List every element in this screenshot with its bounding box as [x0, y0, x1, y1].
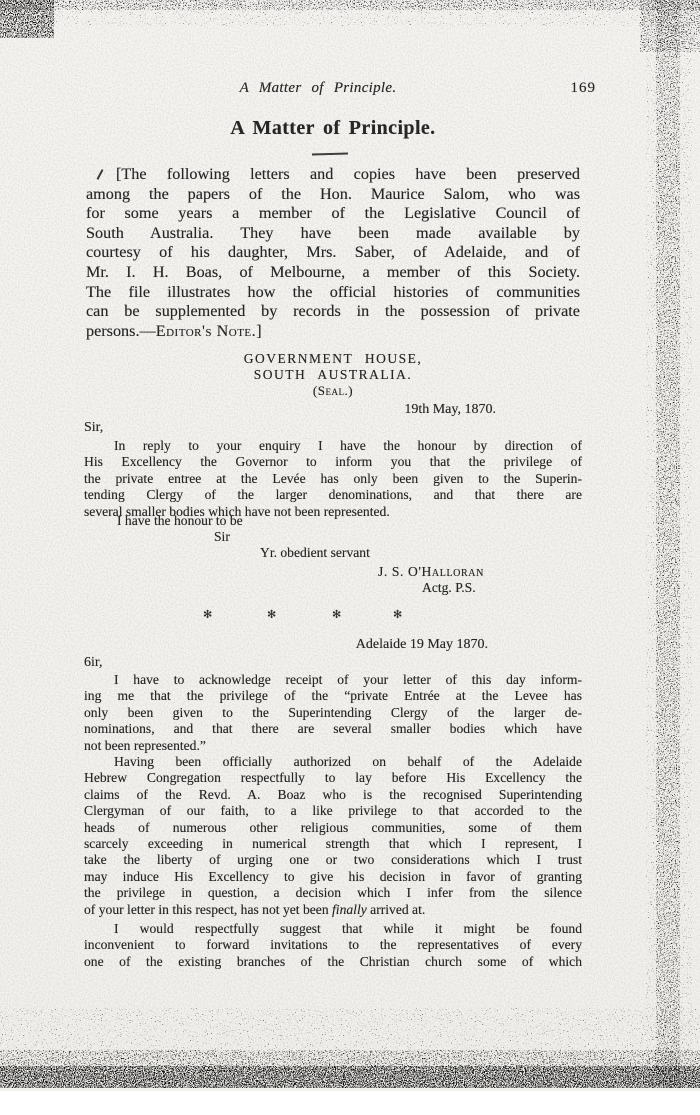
editor-note-text: ] [256, 322, 261, 340]
body-line: not been represented.” [84, 738, 582, 754]
body-line: heads of numerous other religious commun… [84, 820, 582, 836]
body-line: inconvenient to forward invitations to t… [84, 937, 582, 953]
body-line: of your letter in this respect, has not … [84, 902, 582, 918]
italic-word: finally [332, 902, 367, 917]
scan-noise-bottom-mid [0, 1050, 700, 1088]
body-line: I would respectfully suggest that while … [84, 921, 582, 937]
running-title: A Matter of Principle. [84, 80, 552, 97]
scan-noise-topright-corner [640, 0, 700, 52]
scan-noise-topleft-corner [0, 0, 54, 38]
running-header: A Matter of Principle. 169 [84, 80, 582, 100]
body-line: the privilege in question, a decision wh… [84, 885, 582, 901]
letter2-date: Adelaide 19 May 1870. [84, 637, 582, 653]
letterhead-line: SOUTH AUSTRALIA. [84, 367, 582, 383]
asterisk-icon: ✻ [332, 608, 341, 621]
body-line: only been given to the Superintending Cl… [84, 705, 582, 721]
editor-note-text: persons.— [86, 322, 156, 340]
body-line: take the liberty of urging one or two co… [84, 852, 582, 868]
letterhead-line: GOVERNMENT HOUSE, [84, 351, 582, 367]
body-line: In reply to your enquiry I have the hono… [84, 438, 582, 454]
body-line: His Excellency the Governor to inform yo… [84, 454, 582, 470]
body-line: Clergyman of our faith, to a like privil… [84, 803, 582, 819]
editor-note-smallcaps: Editor's Note. [156, 322, 257, 340]
body-line: Hebrew Congregation respectfully to lay … [84, 770, 582, 786]
title-rule [312, 153, 348, 156]
editor-note-line: The file illustrates how the official hi… [86, 283, 580, 303]
page-number: 169 [571, 80, 597, 97]
letter2-paragraph-1: I have to acknowledge receipt of your le… [84, 672, 582, 754]
body-line: ing me that the privilege of the “privat… [84, 688, 582, 704]
article-title: A Matter of Principle. [84, 117, 582, 140]
editor-note-line: among the papers of the Hon. Maurice Sal… [86, 185, 580, 205]
letter2-paragraph-3: I would respectfully suggest that while … [84, 921, 582, 970]
body-line: nominations, and that there are several … [84, 721, 582, 737]
closing-line: I have the honour to be [117, 513, 582, 529]
closing-line: Sir [214, 529, 582, 545]
asterisk-icon: ✻ [267, 608, 276, 621]
asterisk-icon: ✻ [393, 608, 402, 621]
scan-noise-top-edge [0, 0, 700, 10]
editor-note-line: for some years a member of the Legislati… [86, 204, 580, 224]
scan-noise-right-band [646, 0, 692, 1086]
letter1-salutation: Sir, [84, 420, 103, 436]
asterisk-icon: ✻ [203, 608, 212, 621]
body-text: of your letter in this respect, has not … [84, 902, 332, 917]
editor-note-line: South Australia. They have been made ava… [86, 224, 580, 244]
signature: J. S. O'Halloran [378, 564, 582, 580]
letter1-date: 19th May, 1870. [84, 402, 582, 418]
letter2-salutation: 6ir, [84, 655, 103, 671]
scan-noise-top-band [0, 0, 700, 26]
body-line: the private entree at the Levée has only… [84, 471, 582, 487]
scanned-document-page: A Matter of Principle. 169 A Matter of P… [0, 0, 700, 1115]
letter1-body: In reply to your enquiry I have the hono… [84, 438, 582, 520]
closing-line: Yr. obedient servant [260, 545, 582, 561]
editor-note-last-line: persons.—Editor's Note.] [86, 322, 580, 342]
signature-title: Actg. P.S. [422, 580, 582, 596]
body-line: Having been officially authorized on beh… [84, 754, 582, 770]
letter1-closing: I have the honour to be Sir Yr. obedient… [84, 513, 582, 596]
body-line: one of the existing branches of the Chri… [84, 954, 582, 970]
body-line: tending Clergy of the larger denominatio… [84, 487, 582, 503]
body-line: may induce His Excellency to give his de… [84, 869, 582, 885]
editor-note-line: [The following letters and copies have b… [86, 165, 580, 185]
scanner-bed-white-strip [0, 1091, 700, 1115]
seal-note: (Seal.) [84, 383, 582, 399]
body-line: scarcely exceeding in numerical strength… [84, 836, 582, 852]
body-line: claims of the Revd. A. Boaz who is the r… [84, 787, 582, 803]
letter2-paragraph-2: Having been officially authorized on beh… [84, 754, 582, 918]
body-line: I have to acknowledge receipt of your le… [84, 672, 582, 688]
letterhead: GOVERNMENT HOUSE, SOUTH AUSTRALIA. (Seal… [84, 351, 582, 399]
editor-note-line: courtesy of his daughter, Mrs. Saber, of… [86, 243, 580, 263]
scan-noise-right-band-inner [656, 0, 680, 1086]
scan-noise-bottom-band [0, 1008, 700, 1088]
body-text: arrived at. [367, 902, 426, 917]
editor-note: [The following letters and copies have b… [86, 165, 580, 341]
editor-note-line: can be supplemented by records in the po… [86, 302, 580, 322]
editor-note-line: Mr. I. H. Boas, of Melbourne, a member o… [86, 263, 580, 283]
scan-noise-bottom-edge [0, 1066, 700, 1088]
asterisk-separator: ✻ ✻ ✻ ✻ [84, 608, 582, 622]
